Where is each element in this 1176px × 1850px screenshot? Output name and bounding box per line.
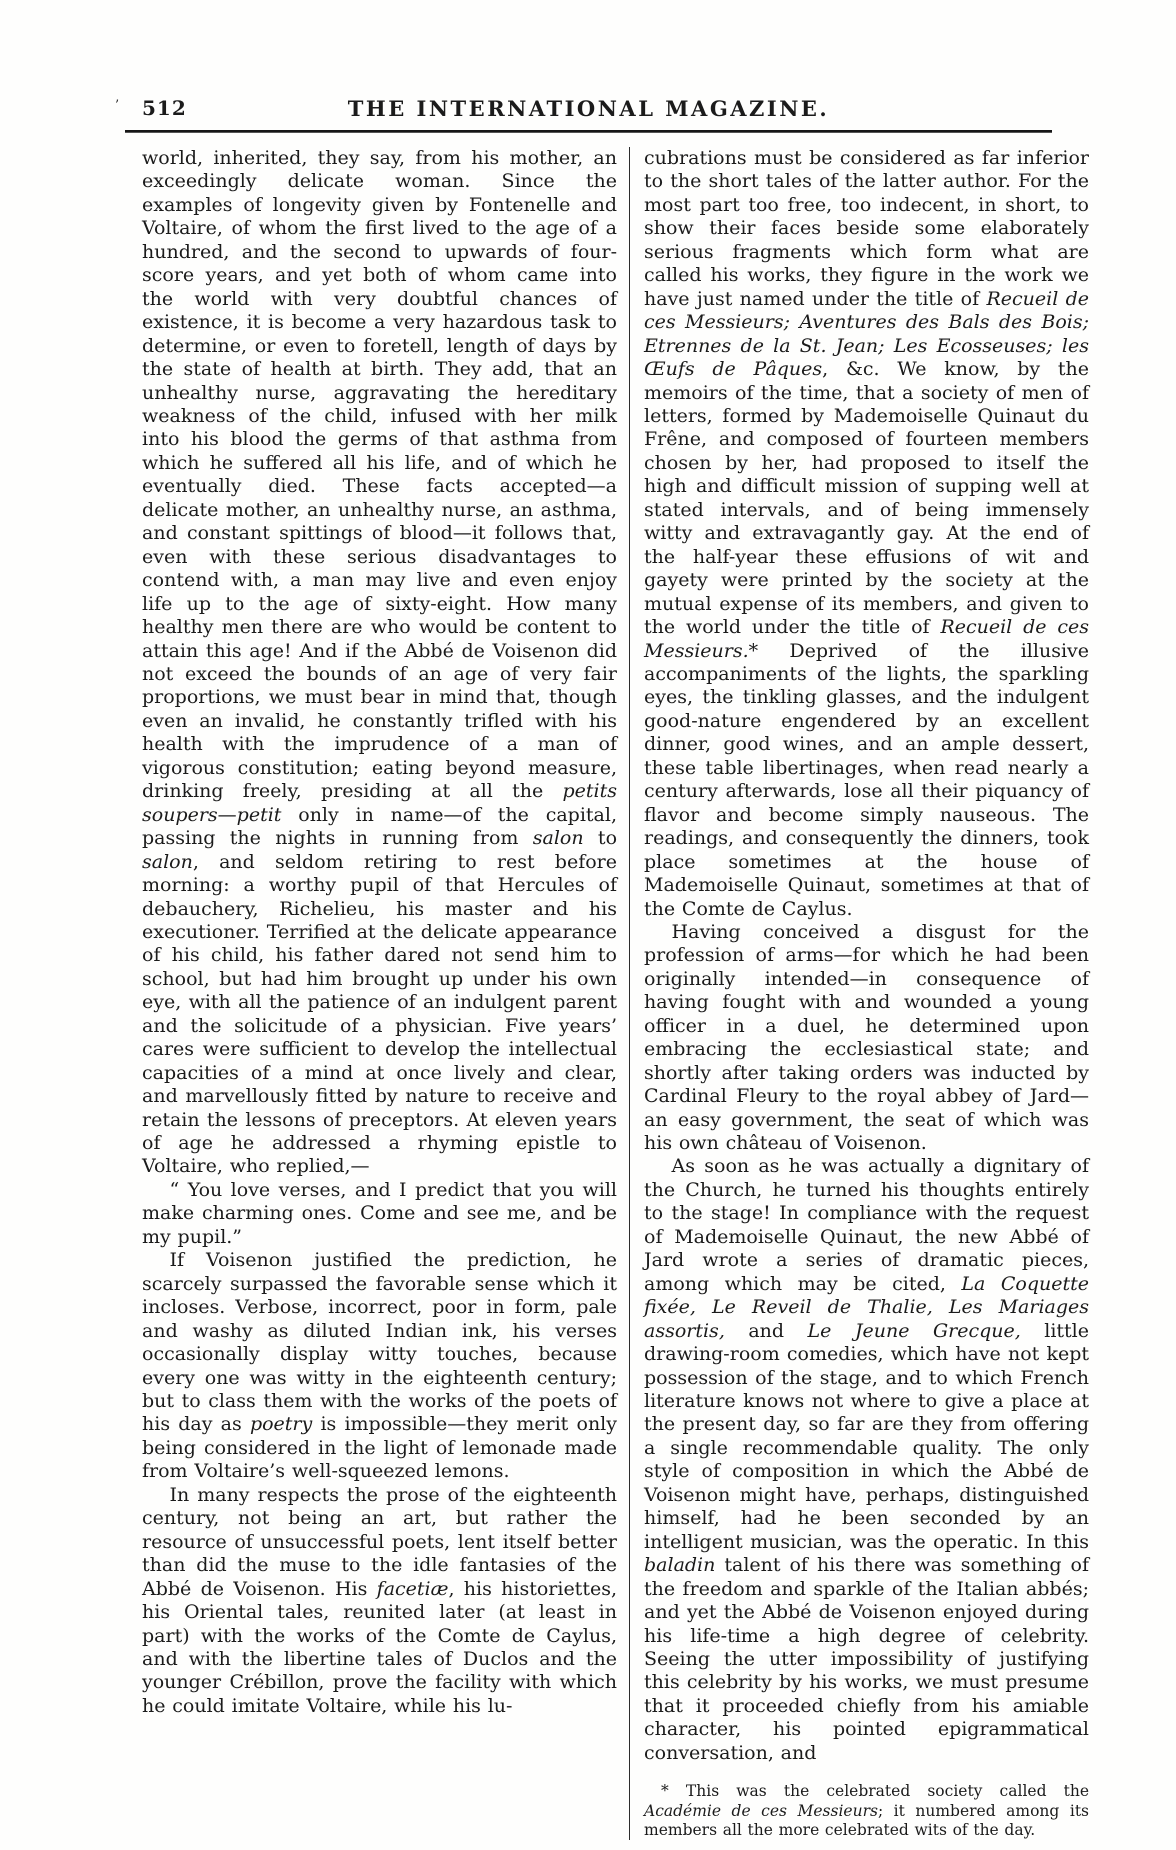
text-segment: , &c. We know, by the memoirs of the tim…	[644, 358, 1089, 638]
text-segment: Having conceived a disgust for the profe…	[644, 921, 1089, 1154]
text-segment: * Deprived of the illusive accompaniment…	[644, 640, 1089, 920]
paragraph: “ You love verses, and I predict that yo…	[142, 1179, 617, 1249]
paragraph: If Voisenon justified the prediction, he…	[142, 1249, 617, 1484]
paragraph: world, inherited, they say, from his mot…	[142, 147, 617, 1179]
italic-text-segment: facetiæ	[377, 1578, 449, 1600]
text-segment: little drawing-room comedies, which have…	[644, 1320, 1089, 1553]
italic-text-segment: poetry	[250, 1413, 312, 1435]
text-block: world, inherited, they say, from his mot…	[142, 147, 1090, 1840]
masthead: ’ 512 THE INTERNATIONAL MAGAZINE.	[125, 96, 1052, 122]
italic-text-segment: Académie de ces Messieurs	[644, 1802, 878, 1820]
italic-text-segment: baladin	[644, 1554, 715, 1576]
left-column: world, inherited, they say, from his mot…	[142, 147, 630, 1840]
italic-text-segment: Le Jeune Grecque,	[808, 1320, 1021, 1342]
header-rule	[125, 130, 1052, 133]
footnote: * This was the celebrated society called…	[644, 1782, 1089, 1840]
paragraph: Having conceived a disgust for the profe…	[644, 921, 1089, 1156]
italic-text-segment: salon	[533, 827, 584, 849]
text-segment: world, inherited, they say, from his mot…	[142, 147, 617, 802]
paragraph: In many respects the prose of the eighte…	[142, 1484, 617, 1719]
paragraph: * This was the celebrated society called…	[644, 1782, 1089, 1840]
paragraph: cubrations must be considered as far inf…	[644, 147, 1089, 921]
text-segment: and	[725, 1320, 808, 1342]
magazine-page: ’ 512 THE INTERNATIONAL MAGAZINE. world,…	[0, 0, 1176, 1850]
text-segment: “ You love verses, and I predict that yo…	[142, 1179, 617, 1248]
text-segment: cubrations must be considered as far inf…	[644, 147, 1089, 310]
text-segment: If Voisenon justified the prediction, he…	[142, 1249, 617, 1435]
text-segment: to	[584, 827, 617, 849]
text-segment: —	[218, 804, 237, 826]
italic-text-segment: petit	[237, 804, 282, 826]
text-segment: , and seldom retiring to rest before mor…	[142, 851, 617, 1178]
text-segment: talent of his there was something of the…	[644, 1554, 1089, 1764]
stray-mark: ’	[115, 98, 119, 113]
paragraph: As soon as he was actually a dignitary o…	[644, 1155, 1089, 1765]
text-segment: * This was the celebrated society called…	[661, 1782, 1089, 1800]
right-column-body: cubrations must be considered as far inf…	[644, 147, 1089, 1765]
magazine-title: THE INTERNATIONAL MAGAZINE.	[125, 96, 1052, 121]
italic-text-segment: salon	[142, 851, 193, 873]
right-column: cubrations must be considered as far inf…	[630, 147, 1089, 1840]
